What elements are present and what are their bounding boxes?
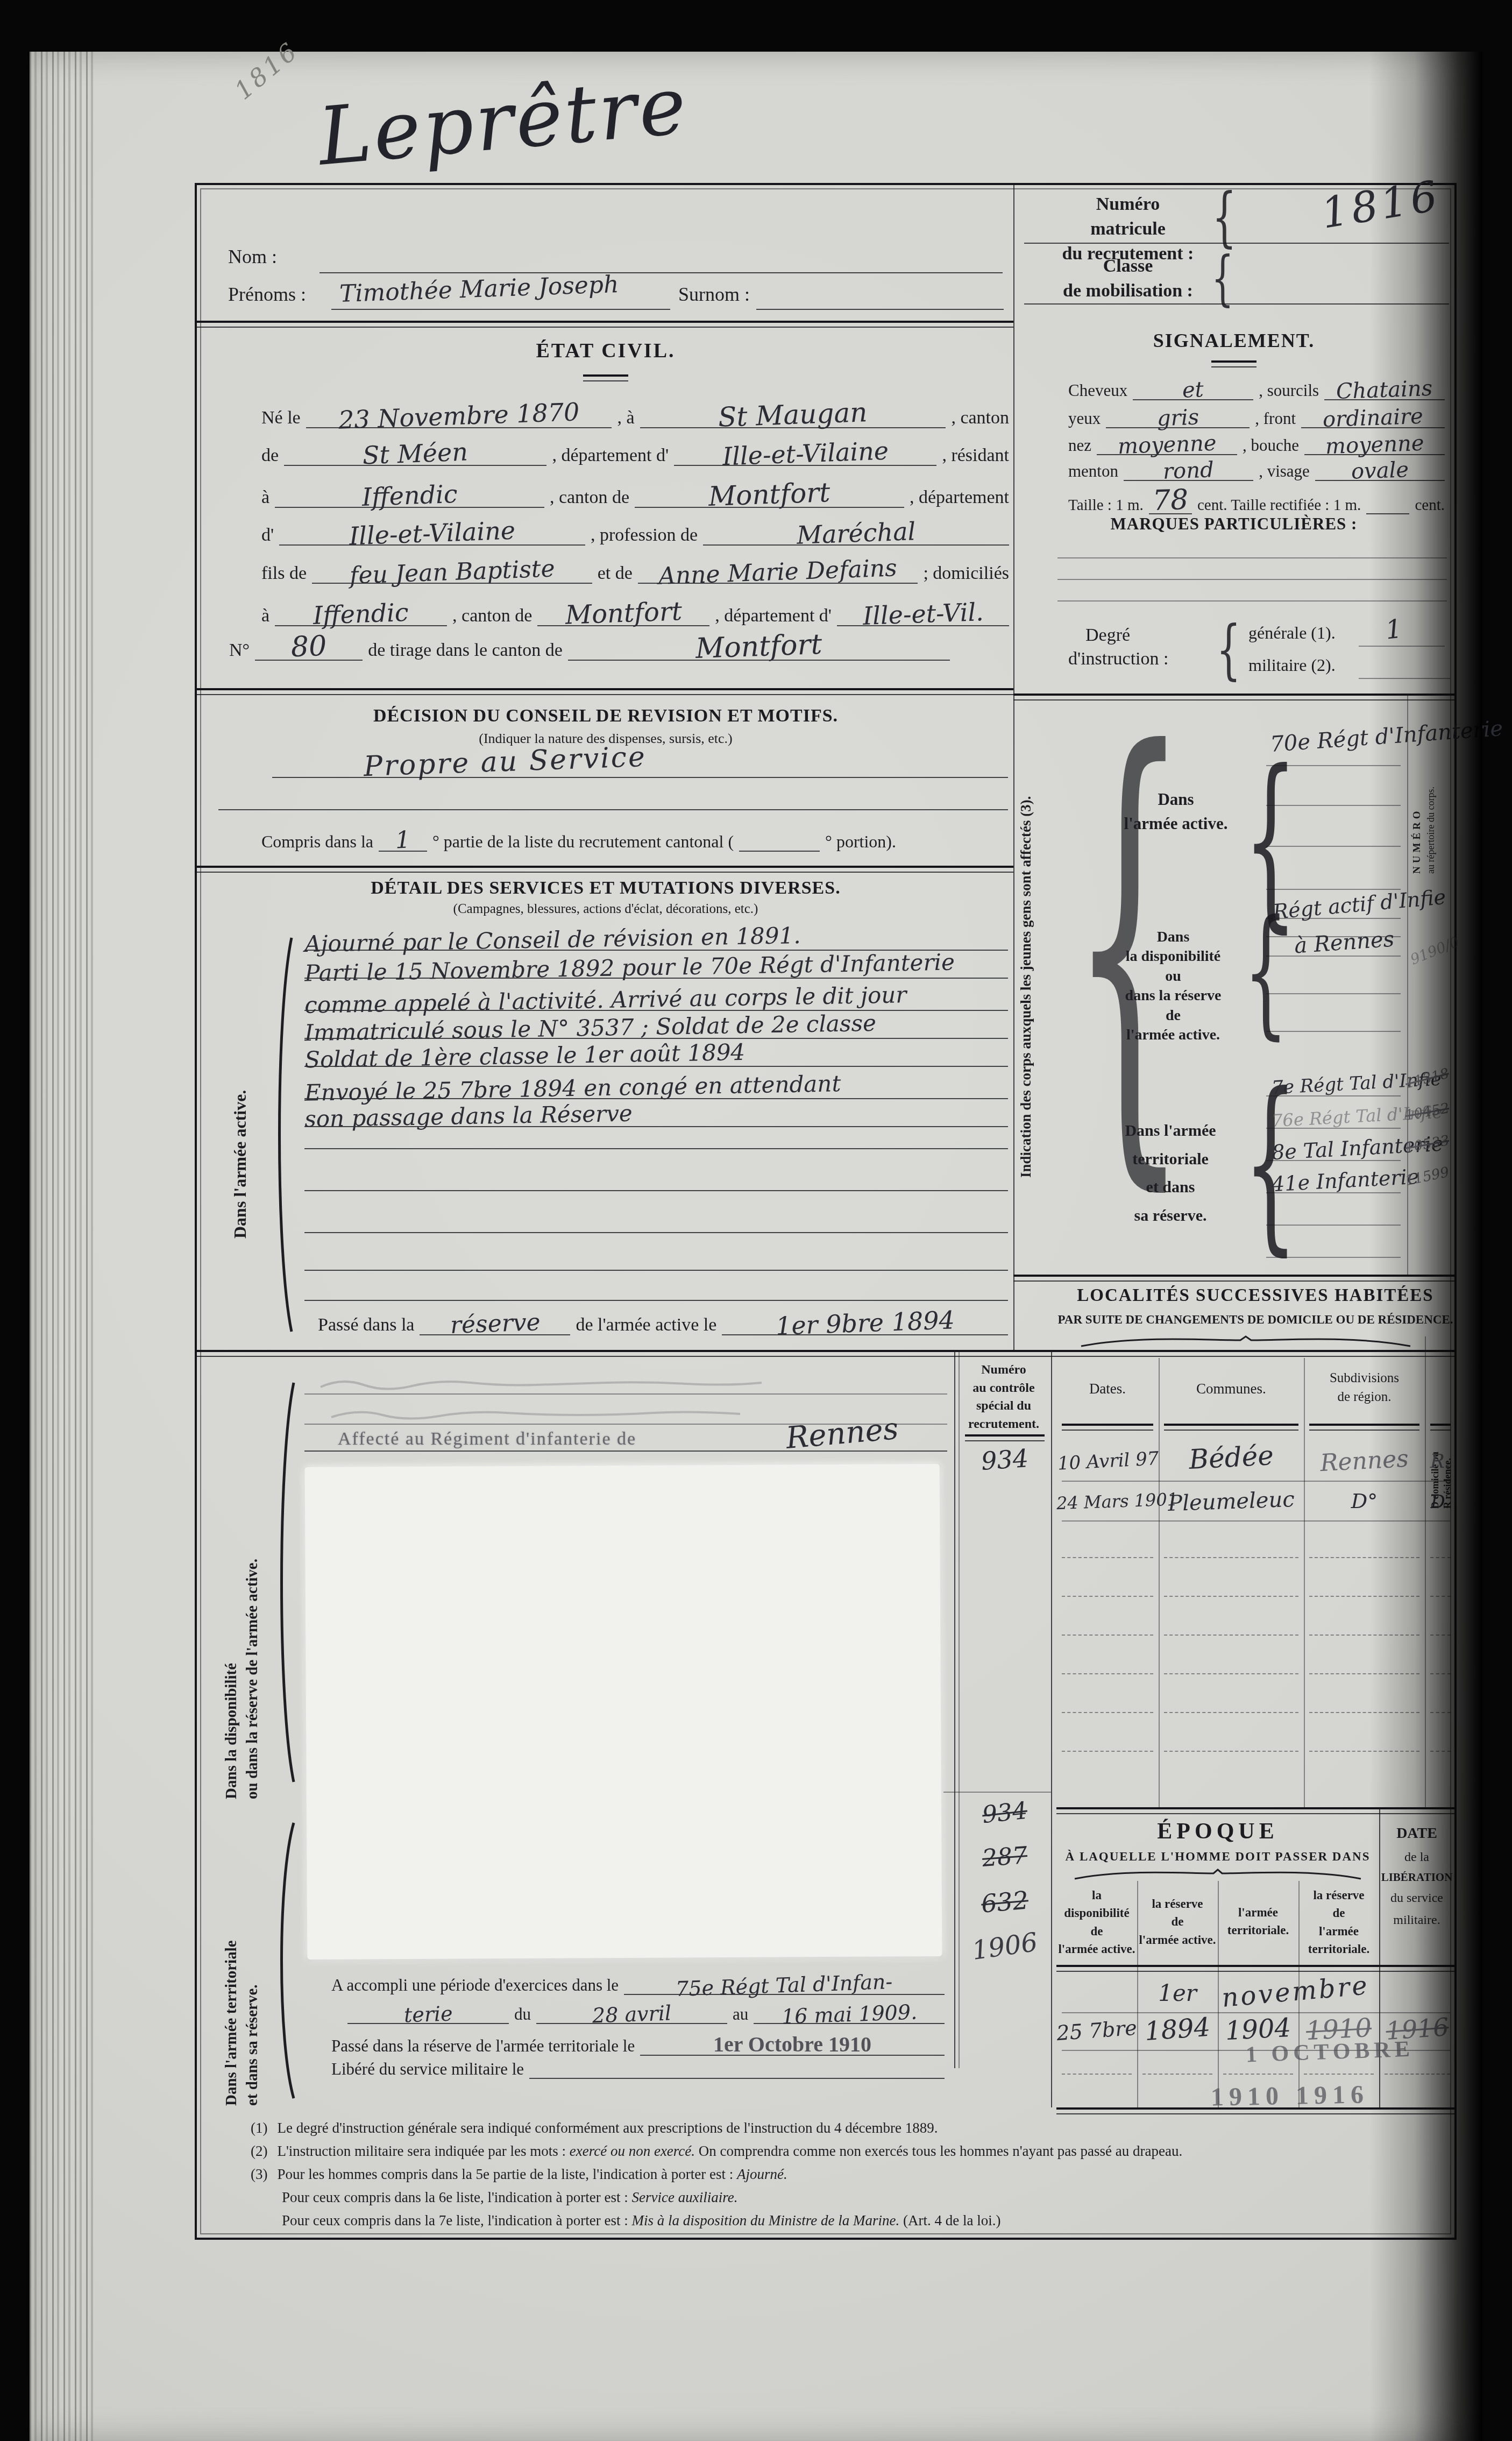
- register-page: 1816 Leprêtre Nom : Prénoms : Timothée M…: [30, 52, 1482, 2441]
- h: l'armée active.: [1056, 1940, 1137, 1958]
- value: 1: [395, 826, 411, 854]
- compris-divider: [197, 866, 1013, 873]
- label: , canton: [951, 408, 1009, 428]
- g3-label-1: Dans l'armée: [1101, 1117, 1240, 1145]
- label: , profession de: [591, 525, 698, 546]
- h: la réserve: [1137, 1895, 1218, 1913]
- field: Montfort: [537, 595, 709, 626]
- value: 23 Novembre 1870: [338, 397, 580, 435]
- value: 1er 9bre 1894: [775, 1305, 955, 1341]
- h: l'armée: [1218, 1904, 1298, 1921]
- label: , canton de: [550, 487, 629, 508]
- label: nez: [1068, 436, 1091, 455]
- field: Ille-et-Vilaine: [674, 436, 936, 466]
- service-text: son passage dans la Réserve: [304, 1100, 633, 1133]
- value: Montfort: [708, 477, 831, 512]
- loc-empty-line: [1062, 1557, 1153, 1558]
- prenoms-value: Timothée Marie Joseph: [339, 271, 619, 308]
- value: terie: [403, 2001, 453, 2027]
- value: Ille-et-Vilaine: [349, 516, 516, 551]
- g2-label-5: de: [1106, 1006, 1240, 1025]
- label: yeux: [1068, 409, 1101, 428]
- footnote-number: (3): [251, 2166, 267, 2183]
- controle-header: Numéro au contrôle spécial du recrutemen…: [961, 1361, 1047, 1433]
- h: disponibilité: [1056, 1904, 1137, 1922]
- service-empty-line: [304, 1232, 1008, 1233]
- loc-r1-commune: Bédée: [1163, 1438, 1300, 1476]
- service-empty-line: [304, 1190, 1008, 1191]
- label: N°: [229, 640, 250, 661]
- affectation-stamp: Affecté au Régiment d'infanterie de: [338, 1429, 636, 1449]
- epoque-col2-header: la réservedel'armée active.: [1137, 1895, 1218, 1949]
- prenoms-label: Prénoms :: [228, 283, 306, 306]
- service-line: Ajourné par le Conseil de révision en 18…: [304, 923, 1008, 951]
- epoque-subtitle: À LAQUELLE L'HOMME DOIT PASSER DANS: [1056, 1850, 1379, 1864]
- loc-r1-date: 10 Avril 97: [1057, 1448, 1158, 1475]
- service-empty-line: [304, 1148, 1008, 1149]
- classe-brace: {: [1211, 249, 1234, 308]
- loc-r2-commune: Pleumeleuc: [1163, 1487, 1298, 1517]
- decision-title: DÉCISION DU CONSEIL DE REVISION ET MOTIF…: [240, 706, 971, 726]
- value: 78: [1152, 484, 1189, 517]
- loc-empty-line: [1062, 1673, 1153, 1674]
- value: Ille-et-Vilaine: [722, 436, 889, 471]
- pencil-folio-number: 1816: [229, 36, 304, 105]
- footnote-number: (2): [251, 2143, 267, 2160]
- label: de l'armée active le: [576, 1315, 716, 1335]
- label: ; domiciliés: [923, 563, 1009, 584]
- controle-value-1: 934: [964, 1795, 1046, 1830]
- service-text: Parti le 15 Novembre 1892 pour le 70e Ré…: [304, 949, 955, 986]
- label: d': [261, 525, 274, 546]
- loc-empty-line: [1062, 1635, 1153, 1636]
- value: 28 avril: [592, 2001, 671, 2027]
- value: Montfort: [565, 596, 683, 631]
- label: A accompli une période d'exercices dans …: [331, 1976, 619, 1995]
- ec-line-2: de St Méen , département d' Ille-et-Vila…: [261, 436, 1009, 466]
- footnote-text: Pour ceux compris dans la 7e liste, l'in…: [282, 2212, 1000, 2229]
- value: réserve: [450, 1308, 541, 1339]
- margin-terr-line-1: Dans l'armée territoriale: [223, 1805, 240, 2106]
- label: menton: [1068, 462, 1118, 481]
- localites-brace: [1079, 1334, 1412, 1348]
- epoque-col3-header: l'arméeterritoriale.: [1218, 1904, 1298, 1940]
- controle-col-left-a: [954, 1350, 955, 2068]
- label: à: [261, 606, 269, 626]
- margin-label-territoriale: Dans l'armée territoriale et dans sa rés…: [223, 1805, 261, 2106]
- epoque-col4-header: la réservedel'arméeterritoriale.: [1298, 1886, 1379, 1958]
- classe-label: Classe de mobilisation :: [1058, 254, 1198, 303]
- libere-line: Libéré du service militaire le: [331, 2060, 945, 2079]
- label: Né le: [261, 408, 301, 428]
- footnote-3: (3) Pour les hommes compris dans la 5e p…: [251, 2166, 1450, 2183]
- g3-label-2: territoriale: [1101, 1145, 1240, 1174]
- label: , canton de: [452, 606, 532, 626]
- ec-line-4: d' Ille-et-Vilaine , profession de Maréc…: [261, 515, 1009, 546]
- label: du: [514, 2005, 531, 2024]
- g3-label: Dans l'armée territoriale et dans sa rés…: [1101, 1117, 1240, 1230]
- field: St Maugan: [640, 396, 946, 428]
- footnote-2: (2) L'instruction militaire sera indiqué…: [251, 2143, 1450, 2160]
- localites-header-rule: [1164, 1424, 1298, 1431]
- loc-empty-line: [1164, 1596, 1298, 1597]
- nom-label: Nom :: [228, 245, 277, 268]
- margin-brace-active: [271, 936, 295, 1334]
- value: rond: [1163, 457, 1215, 484]
- passe-reserve-line: Passé dans la réserve de l'armée active …: [318, 1305, 1008, 1335]
- register-scan: 1816 Leprêtre Nom : Prénoms : Timothée M…: [0, 0, 1512, 2441]
- label: , département d': [552, 445, 669, 466]
- field: moyenne: [1097, 429, 1237, 455]
- loc-empty-line: [1164, 1635, 1298, 1636]
- loc-empty-line: [1164, 1673, 1298, 1674]
- epoque-1er: 1er: [1137, 1980, 1218, 2006]
- localites-header-rule: [1062, 1424, 1153, 1431]
- field: 78: [1149, 481, 1192, 514]
- h: spécial du: [961, 1397, 1047, 1416]
- label: Passé dans la: [318, 1315, 414, 1335]
- g2-label-3: ou: [1106, 967, 1240, 986]
- label: Passé dans la réserve de l'armée territo…: [331, 2036, 635, 2056]
- compris-line: Compris dans la 1 ° partie de la liste d…: [261, 823, 977, 852]
- g2-label-2: la disponibilité: [1106, 947, 1240, 966]
- field: rond: [1124, 455, 1253, 481]
- detail-subtitle: (Campagnes, blessures, actions d'éclat, …: [240, 902, 971, 917]
- label: de tirage dans le canton de: [368, 640, 563, 661]
- terr-section-divider: [943, 1792, 1051, 1793]
- field: gris: [1106, 402, 1250, 428]
- affectation-line: [304, 1451, 947, 1452]
- service-text: Soldat de 1ère classe le 1er août 1894: [304, 1039, 746, 1073]
- controle-value-4: 1906: [963, 1926, 1046, 1967]
- controle-col-left-b: [959, 1350, 960, 2068]
- footnote-number: (1): [251, 2120, 267, 2136]
- field: 1er 9bre 1894: [722, 1305, 1008, 1335]
- field: 75e Régt Tal d'Infan-: [624, 1970, 945, 1995]
- detail-title: DÉTAIL DES SERVICES ET MUTATIONS DIVERSE…: [240, 878, 971, 898]
- service-empty-line: [304, 1300, 1008, 1301]
- label: Taille : 1 m.: [1068, 497, 1144, 514]
- g1-label: Dans l'armée active.: [1111, 788, 1240, 836]
- field: Ille-et-Vil.: [837, 596, 1009, 626]
- value: Montfort: [695, 628, 822, 665]
- nom-line: [320, 272, 1003, 273]
- ec-line-1: Né le 23 Novembre 1870 , à St Maugan , c…: [261, 396, 1009, 428]
- exercices-line-1: A accompli une période d'exercices dans …: [331, 1970, 945, 1995]
- controle-value-3: 632: [964, 1884, 1046, 1920]
- localites-col-dates: Dates.: [1056, 1381, 1159, 1397]
- localites-col-line: [1304, 1358, 1305, 1807]
- footnote-text: Le degré d'instruction générale sera ind…: [277, 2120, 938, 2136]
- label: Cheveux: [1068, 381, 1127, 400]
- margin-label-disponibilite: Dans la disponibilité ou dans la réserve…: [223, 1390, 261, 1799]
- decision-line-1: [272, 777, 1008, 778]
- surnom-label: Surnom :: [678, 283, 750, 306]
- service-empty-line: [304, 1270, 1008, 1271]
- h: de: [1056, 1922, 1137, 1940]
- controle-value-top: 934: [964, 1442, 1045, 1477]
- h: l'armée: [1298, 1922, 1379, 1940]
- value: 80: [290, 630, 327, 663]
- value: feu Jean Baptiste: [349, 555, 555, 589]
- footnote-text: Pour les hommes compris dans la 5e parti…: [277, 2166, 787, 2183]
- g2-label-4: dans la réserve: [1106, 986, 1240, 1006]
- footnote-text: Pour ceux compris dans la 6e liste, l'in…: [282, 2189, 737, 2206]
- label: , département: [910, 487, 1009, 508]
- field: et: [1133, 374, 1253, 400]
- service-line: son passage dans la Réserve: [304, 1100, 1008, 1127]
- localites-col-line: [1159, 1358, 1160, 1807]
- service-line: Immatriculé sous le N° 3537 ; Soldat de …: [304, 1011, 1008, 1039]
- g2-label-6: l'armée active.: [1106, 1025, 1240, 1045]
- passe-territoriale-line: Passé dans la réserve de l'armée territo…: [331, 2029, 945, 2056]
- epoque-v1: 25 7bre: [1056, 2016, 1138, 2045]
- value: 75e Régt Tal d'Infan-: [676, 1970, 893, 2001]
- service-line: Envoyé le 25 7bre 1894 en congé en atten…: [304, 1072, 1008, 1099]
- label: fils de: [261, 563, 307, 584]
- field: réserve: [420, 1307, 570, 1335]
- h: recrutement.: [961, 1416, 1047, 1434]
- label: , résidant: [942, 445, 1009, 466]
- field: Maréchal: [703, 515, 1009, 546]
- classe-label-2: de mobilisation :: [1058, 279, 1198, 303]
- etat-civil-rule: [583, 374, 628, 381]
- degre-militaire-label: militaire (2).: [1248, 655, 1336, 675]
- label: , front: [1255, 409, 1296, 428]
- epoque-brace: [1073, 1868, 1363, 1881]
- field: Iffendic: [275, 478, 544, 508]
- h: de: [1298, 1904, 1379, 1922]
- matricule-form: Leprêtre Nom : Prénoms : Timothée Marie …: [195, 183, 1457, 2240]
- loc-r2-date: 24 Mars 1901: [1056, 1490, 1159, 1514]
- matricule-brace: {: [1212, 185, 1237, 250]
- field: feu Jean Baptiste: [312, 555, 592, 584]
- header-divider: [197, 321, 1013, 328]
- white-patch: [305, 1464, 942, 1959]
- prenoms-line: [331, 309, 670, 310]
- footnote-1: (1) Le degré d'instruction générale sera…: [251, 2120, 1450, 2136]
- ec-line-6: à Iffendic , canton de Montfort , départ…: [261, 595, 1009, 626]
- classe-label-1: Classe: [1058, 254, 1198, 279]
- ec-line-3: à Iffendic , canton de Montfort , départ…: [261, 476, 1009, 508]
- degre-brace: {: [1216, 618, 1241, 682]
- value: 16 mai 1909.: [781, 2000, 918, 2029]
- h: la: [1056, 1886, 1137, 1904]
- signalement-rule: [1211, 360, 1257, 367]
- label: , bouche: [1243, 436, 1299, 455]
- degre-generale-label: générale (1).: [1248, 623, 1336, 643]
- field: 1: [379, 823, 427, 852]
- controle-value-2: 287: [964, 1841, 1045, 1873]
- label: Libéré du service militaire le: [331, 2060, 524, 2079]
- localites-col-communes: Communes.: [1164, 1381, 1298, 1397]
- value: Anne Marie Defains: [658, 554, 897, 590]
- field: Montfort: [635, 476, 904, 508]
- h: Numéro: [961, 1361, 1047, 1379]
- field: terie: [347, 1999, 509, 2024]
- footnote-text: L'instruction militaire sera indiquée pa…: [277, 2143, 1182, 2160]
- epoque-v2: 1894: [1136, 2012, 1219, 2047]
- h: l'armée active.: [1137, 1931, 1218, 1949]
- epoque-empty-line: [1062, 2074, 1132, 2075]
- label: Compris dans la: [261, 832, 373, 852]
- footnote-4: Pour ceux compris dans la 6e liste, l'in…: [282, 2189, 1454, 2206]
- signature-nom: Leprêtre: [315, 59, 692, 183]
- value-stamp: 1er Octobre 1910: [713, 2032, 871, 2057]
- mid-divider: [197, 1350, 1454, 1357]
- value: Maréchal: [796, 516, 916, 550]
- loc-empty-line: [1062, 1596, 1153, 1597]
- label: et de: [598, 563, 633, 584]
- epoque-empty-line: [1223, 2074, 1293, 2075]
- label: , département d': [715, 606, 832, 626]
- label: au: [733, 2005, 748, 2024]
- loc-empty-line: [1164, 1557, 1298, 1558]
- epoque-empty-line: [1304, 2074, 1374, 2075]
- field: 16 mai 1909.: [754, 1999, 945, 2024]
- field: Ille-et-Vilaine: [279, 515, 585, 546]
- exercices-line-2: terie du 28 avril au 16 mai 1909.: [347, 1999, 945, 2024]
- loc-empty-line: [1164, 1751, 1298, 1752]
- h: au contrôle: [961, 1379, 1047, 1398]
- h: de: [1137, 1913, 1218, 1930]
- book-spine-shadow: [1369, 52, 1482, 2441]
- label: , à: [617, 408, 634, 428]
- value: Iffendic: [313, 598, 409, 630]
- g2-label-1: Dans: [1106, 928, 1240, 947]
- main-vertical-divider: [1013, 185, 1014, 1350]
- loc-empty-line: [1062, 1751, 1153, 1752]
- g2-label: Dans la disponibilité ou dans la réserve…: [1106, 928, 1240, 1045]
- degre-label-1: Degré: [1085, 625, 1130, 646]
- h: territoriale.: [1218, 1921, 1298, 1939]
- footnote-5: Pour ceux compris dans la 7e liste, l'in…: [282, 2212, 1454, 2229]
- label: , sourcils: [1259, 381, 1319, 400]
- field: 23 Novembre 1870: [306, 398, 612, 428]
- value: Ille-et-Vil.: [862, 597, 984, 631]
- book-page-edges: [30, 52, 93, 2441]
- margin-brace-dispo: [273, 1381, 297, 1784]
- ec-line-5: fils de feu Jean Baptiste et de Anne Mar…: [261, 555, 1009, 584]
- margin-terr-line-2: et dans sa réserve.: [244, 1805, 261, 2106]
- epoque-empty-line: [1142, 2074, 1212, 2075]
- loc-empty-line: [1164, 1712, 1298, 1713]
- loc-empty-line: [1062, 1712, 1153, 1713]
- decision-line-2: [218, 809, 1008, 810]
- surnom-line: [756, 309, 1004, 310]
- value: Iffendic: [361, 479, 458, 512]
- service-line: comme appelé à l'activité. Arrivé au cor…: [304, 984, 1008, 1011]
- label: ° partie de la liste du recrutement cant…: [432, 832, 734, 852]
- service-line: Parti le 15 Novembre 1892 pour le 70e Ré…: [304, 951, 1008, 979]
- label: , visage: [1259, 462, 1310, 481]
- service-line: Soldat de 1ère classe le 1er août 1894: [304, 1039, 1008, 1067]
- value: et: [1182, 377, 1204, 402]
- margin-brace-terr: [273, 1821, 297, 2100]
- field: 28 avril: [536, 1999, 727, 2024]
- epoque-title: ÉPOQUE: [1056, 1819, 1379, 1844]
- tirage-divider: [197, 688, 1013, 695]
- value: gris: [1156, 405, 1199, 431]
- h: territoriale.: [1298, 1940, 1379, 1958]
- margin-dispo-line-2: ou dans la réserve de l'armée active.: [244, 1390, 261, 1799]
- label: à: [261, 487, 269, 508]
- g1-label-2: l'armée active.: [1111, 812, 1240, 836]
- blank-field: [739, 851, 820, 852]
- label: ° portion).: [825, 832, 896, 852]
- value: St Maugan: [718, 397, 868, 433]
- field: Anne Marie Defains: [638, 555, 918, 584]
- field: 1er Octobre 1910: [640, 2029, 945, 2056]
- controle-header-rule: [965, 1434, 1045, 1441]
- label: cent. Taille rectifiée : 1 m.: [1197, 497, 1361, 514]
- epoque-novembre: novembre: [1220, 1970, 1371, 2013]
- epoque-col1-header: ladisponibilitédel'armée active.: [1056, 1886, 1137, 1958]
- h: la réserve: [1298, 1886, 1379, 1904]
- margin-dispo-line-1: Dans la disponibilité: [223, 1390, 240, 1799]
- field: St Méen: [284, 436, 546, 466]
- etat-civil-title: ÉTAT CIVIL.: [240, 339, 971, 363]
- g3-label-4: sa réserve.: [1101, 1202, 1240, 1230]
- value: St Méen: [362, 437, 468, 470]
- field: Montfort: [568, 627, 950, 661]
- bottom-left-right-edge: [1051, 1350, 1052, 2107]
- g1-label-1: Dans: [1111, 788, 1240, 812]
- matricule-label-1: Numéro matricule: [1058, 192, 1198, 242]
- tirage-line: N° 80 de tirage dans le canton de Montfo…: [229, 627, 950, 661]
- field: 80: [255, 627, 363, 661]
- g3-label-3: et dans: [1101, 1173, 1240, 1202]
- blank-field: [529, 2078, 945, 2079]
- margin-label-armee-active: Dans l'armée active.: [230, 1003, 250, 1326]
- field: Iffendic: [275, 596, 447, 626]
- corps-vertical-label: Indication des corps auxquels les jeunes…: [1018, 704, 1034, 1269]
- dispo-line-1: [304, 1393, 947, 1395]
- label: de: [261, 445, 279, 466]
